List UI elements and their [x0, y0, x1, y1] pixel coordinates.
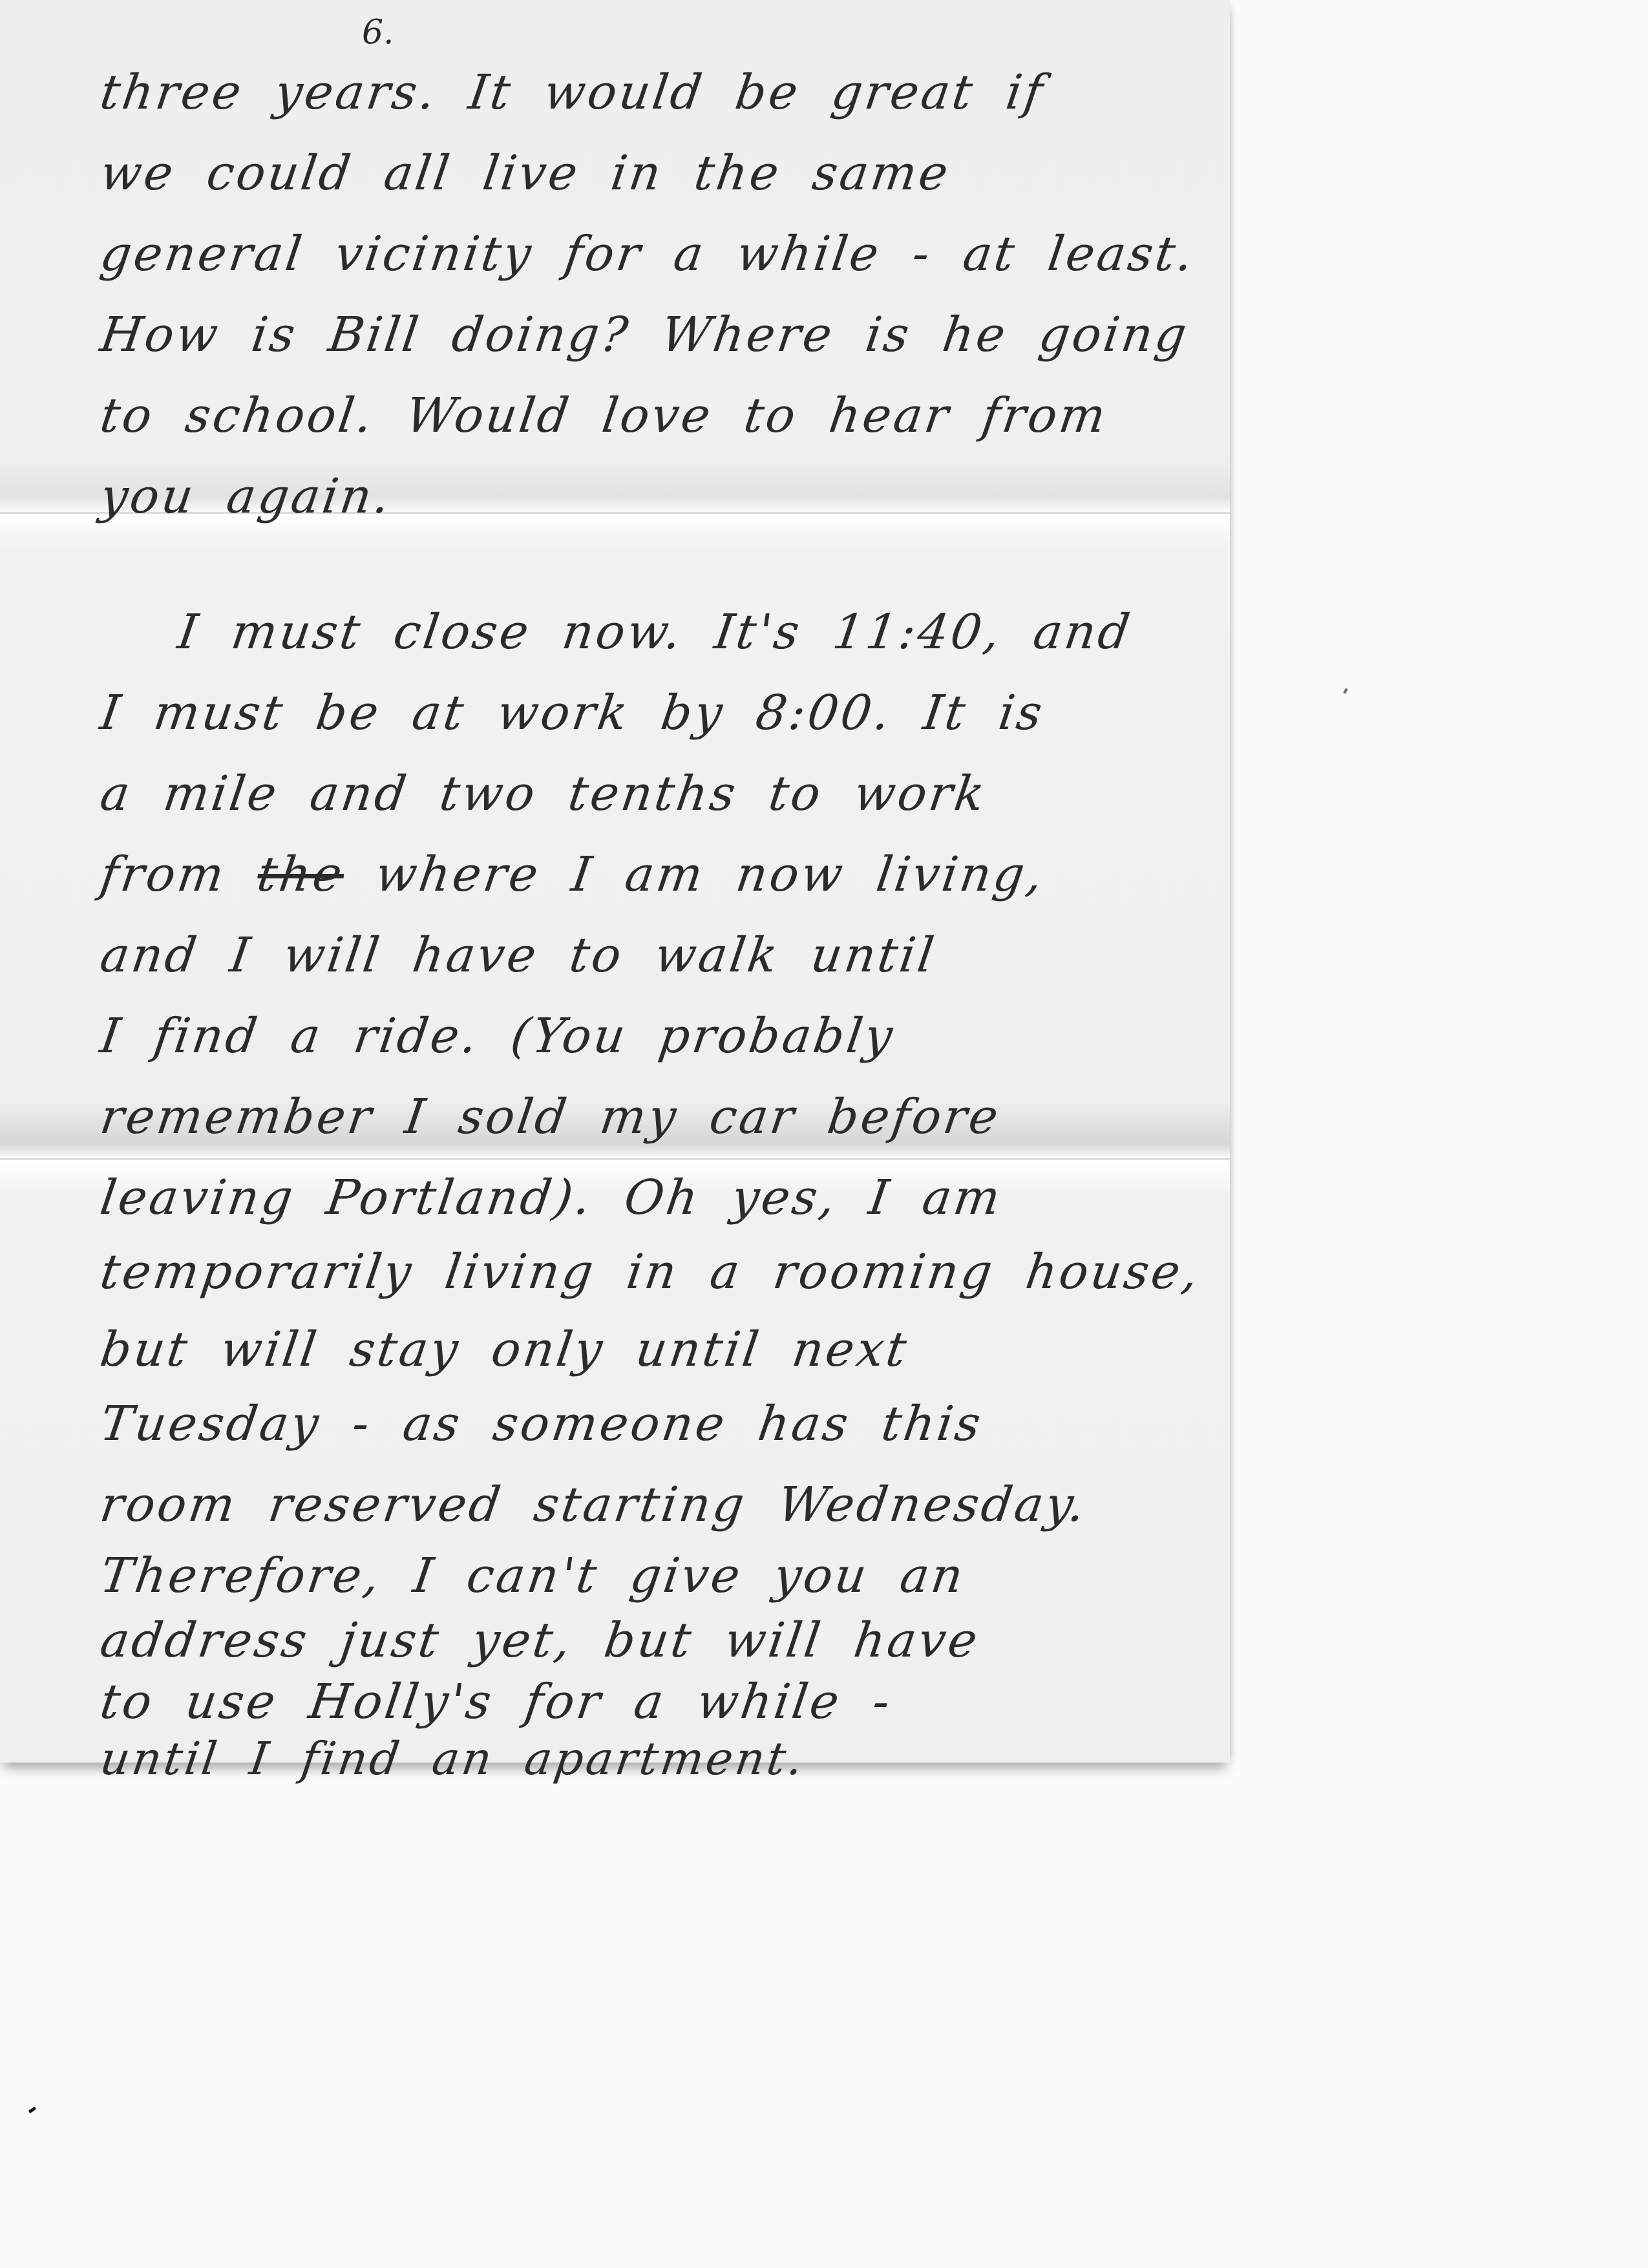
text-line: until I find an apartment.	[97, 1732, 808, 1785]
text-line: a mile and two tenths to work	[97, 766, 990, 821]
text-fragment: from	[97, 847, 230, 902]
struck-out-word: the	[254, 847, 348, 902]
letter-page: 6. three years. It would be great if we …	[0, 0, 1230, 1763]
text-line: room reserved starting Wednesday.	[97, 1477, 1091, 1532]
text-line: I must be at work by 8:00. It is	[97, 685, 1048, 741]
text-line-with-strikethrough: from the where I am now living,	[97, 847, 1048, 902]
scan-artifact	[28, 2106, 37, 2114]
text-line: and I will have to walk until	[97, 927, 940, 983]
text-line: to use Holly's for a while -	[97, 1674, 896, 1730]
text-line: I find a ride. (You probably	[97, 1008, 898, 1064]
text-line: to school. Would love to hear from	[97, 388, 1112, 443]
page-number: 6.	[362, 13, 394, 52]
text-line: leaving Portland). Oh yes, I am	[97, 1170, 1006, 1225]
text-line: How is Bill doing? Where is he going	[97, 307, 1192, 363]
text-line: three years. It would be great if	[97, 65, 1048, 120]
text-line: Tuesday - as someone has this	[97, 1396, 986, 1452]
text-line: address just yet, but will have	[97, 1613, 983, 1668]
text-line: Therefore, I can't give you an	[97, 1548, 969, 1604]
text-line: remember I sold my car before	[97, 1089, 1004, 1145]
text-line: but will stay only until next	[97, 1322, 912, 1377]
text-line: temporarily living in a rooming house,	[97, 1244, 1204, 1300]
text-line: you again.	[97, 469, 396, 524]
text-line: I must close now. It's 11:40, and	[174, 604, 1136, 660]
text-line: we could all live in the same	[97, 145, 954, 201]
fold-crease-lower	[0, 1158, 1230, 1160]
text-fragment: where I am now living,	[372, 847, 1049, 902]
scan-artifact	[1343, 688, 1347, 694]
text-line: general vicinity for a while - at least.	[97, 226, 1199, 282]
